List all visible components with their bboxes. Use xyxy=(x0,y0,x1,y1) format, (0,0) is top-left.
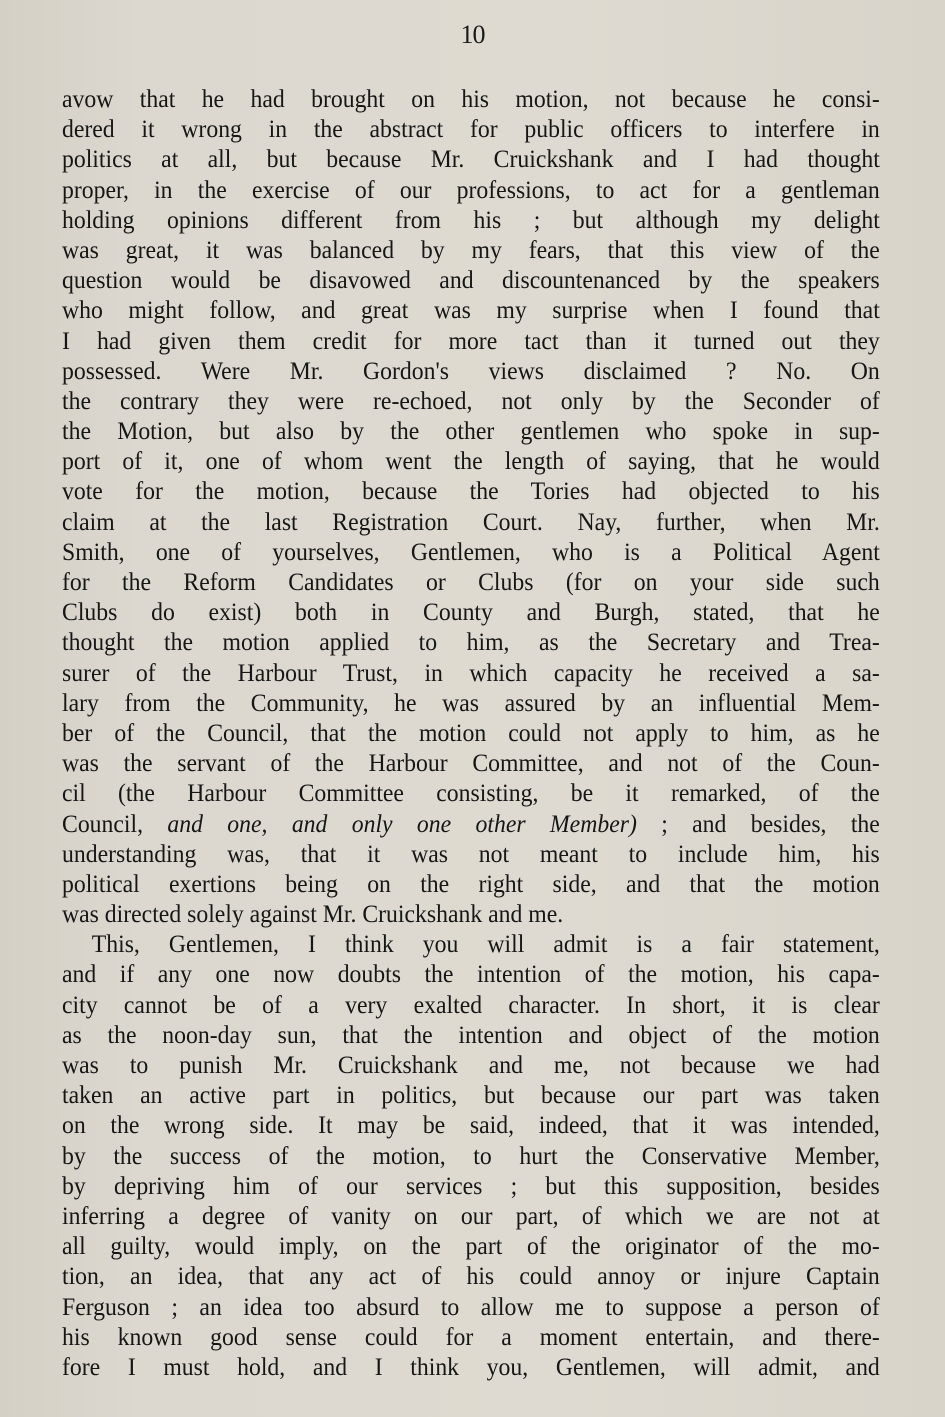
text-line: I had given them credit for more tact th… xyxy=(62,326,880,356)
text-line: as the noon-day sun, that the intention … xyxy=(62,1020,880,1050)
text-segment: ; and besides, the xyxy=(637,809,880,838)
text-line: understanding was, that it was not meant… xyxy=(62,839,880,869)
text-line: was great, it was balanced by my fears, … xyxy=(62,235,880,265)
text-segment: Council, xyxy=(62,809,167,838)
text-line: proper, in the exercise of our professio… xyxy=(62,175,880,205)
text-line: the Motion, but also by the other gentle… xyxy=(62,416,880,446)
text-line: possessed. Were Mr. Gordon's views discl… xyxy=(62,356,880,386)
text-line: cil (the Harbour Committee consisting, b… xyxy=(62,778,880,808)
text-line: was the servant of the Harbour Committee… xyxy=(62,748,880,778)
text-line: claim at the last Registration Court. Na… xyxy=(62,507,880,537)
text-line: politics at all, but because Mr. Cruicks… xyxy=(62,144,880,174)
text-line: thought the motion applied to him, as th… xyxy=(62,627,880,657)
document-page: 10 avow that he had brought on his motio… xyxy=(0,0,945,1417)
paragraph-end-line: was directed solely against Mr. Cruicksh… xyxy=(62,899,880,929)
text-line: Smith, one of yourselves, Gentlemen, who… xyxy=(62,537,880,567)
text-line: holding opinions different from his ; bu… xyxy=(62,205,880,235)
text-line: the contrary they were re-echoed, not on… xyxy=(62,386,880,416)
text-line: and if any one now doubts the intention … xyxy=(62,959,880,989)
text-line: question would be disavowed and discount… xyxy=(62,265,880,295)
page-number: 10 xyxy=(0,20,945,50)
text-line: port of it, one of whom went the length … xyxy=(62,446,880,476)
text-line-with-italic: Council, and one, and only one other Mem… xyxy=(62,809,880,839)
text-line: was to punish Mr. Cruickshank and me, no… xyxy=(62,1050,880,1080)
text-line: inferring a degree of vanity on our part… xyxy=(62,1201,880,1231)
text-line: political exertions being on the right s… xyxy=(62,869,880,899)
text-line: ber of the Council, that the motion coul… xyxy=(62,718,880,748)
italic-emphasis: and one, and only one other Member) xyxy=(167,809,636,838)
text-line: who might follow, and great was my surpr… xyxy=(62,295,880,325)
text-line: avow that he had brought on his motion, … xyxy=(62,84,880,114)
paragraph-start-line: This, Gentlemen, I think you will admit … xyxy=(62,929,880,959)
text-line: surer of the Harbour Trust, in which cap… xyxy=(62,658,880,688)
text-line: for the Reform Candidates or Clubs (for … xyxy=(62,567,880,597)
text-line: all guilty, would imply, on the part of … xyxy=(62,1231,880,1261)
text-line: dered it wrong in the abstract for publi… xyxy=(62,114,880,144)
text-line: by the success of the motion, to hurt th… xyxy=(62,1141,880,1171)
text-line: by depriving him of our services ; but t… xyxy=(62,1171,880,1201)
body-text: avow that he had brought on his motion, … xyxy=(62,84,880,1382)
text-line: his known good sense could for a moment … xyxy=(62,1322,880,1352)
text-line: taken an active part in politics, but be… xyxy=(62,1080,880,1110)
text-line: tion, an idea, that any act of his could… xyxy=(62,1261,880,1291)
text-line: vote for the motion, because the Tories … xyxy=(62,476,880,506)
text-line: on the wrong side. It may be said, indee… xyxy=(62,1110,880,1140)
text-line: fore I must hold, and I think you, Gentl… xyxy=(62,1352,880,1382)
text-line: Ferguson ; an idea too absurd to allow m… xyxy=(62,1292,880,1322)
text-line: lary from the Community, he was assured … xyxy=(62,688,880,718)
text-line: Clubs do exist) both in County and Burgh… xyxy=(62,597,880,627)
text-line: city cannot be of a very exalted charact… xyxy=(62,990,880,1020)
